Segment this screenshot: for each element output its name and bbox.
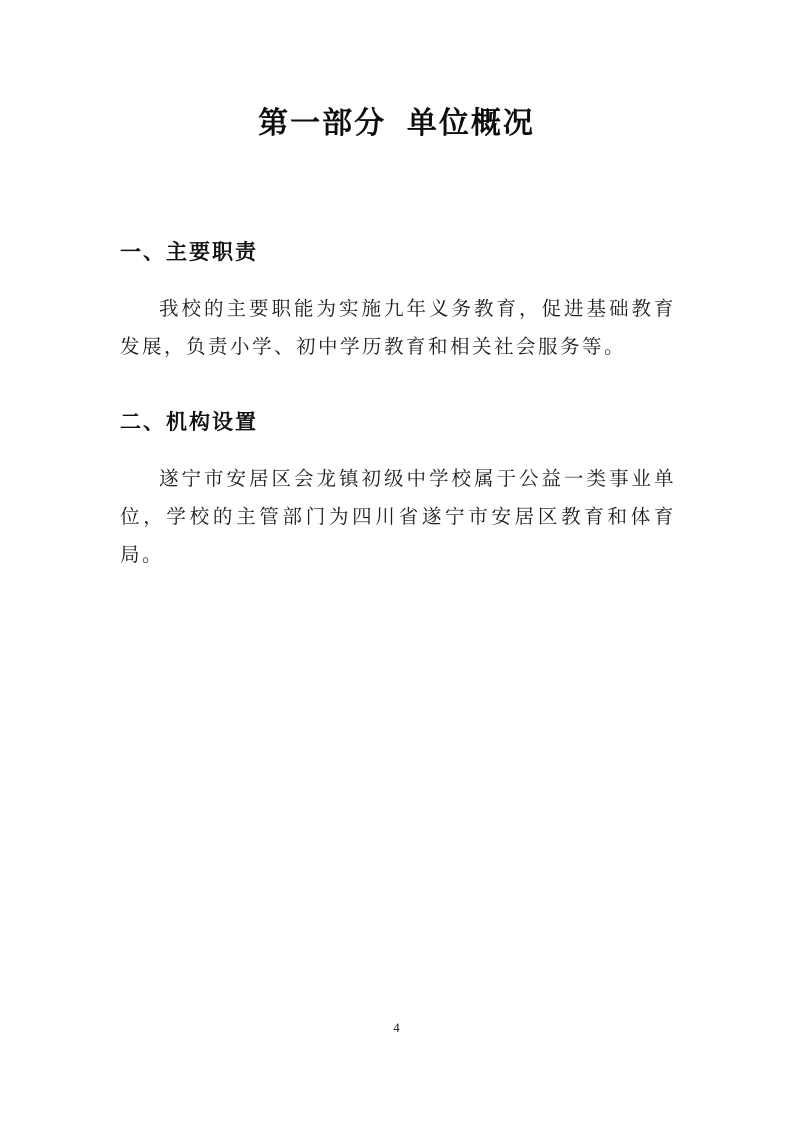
- section-heading-main-duties: 一、主要职责: [120, 236, 258, 266]
- document-title: 第一部分 单位概况: [0, 98, 793, 142]
- section-paragraph-main-duties: 我校的主要职能为实施九年义务教育，促进基础教育发展，负责小学、初中学历教育和相关…: [120, 291, 676, 367]
- document-page: 第一部分 单位概况 一、主要职责 我校的主要职能为实施九年义务教育，促进基础教育…: [0, 0, 793, 1122]
- section-heading-organization-setup: 二、机构设置: [120, 406, 258, 436]
- section-paragraph-organization-setup: 遂宁市安居区会龙镇初级中学校属于公益一类事业单位，学校的主管部门为四川省遂宁市安…: [120, 461, 676, 575]
- page-number: 4: [0, 1020, 793, 1036]
